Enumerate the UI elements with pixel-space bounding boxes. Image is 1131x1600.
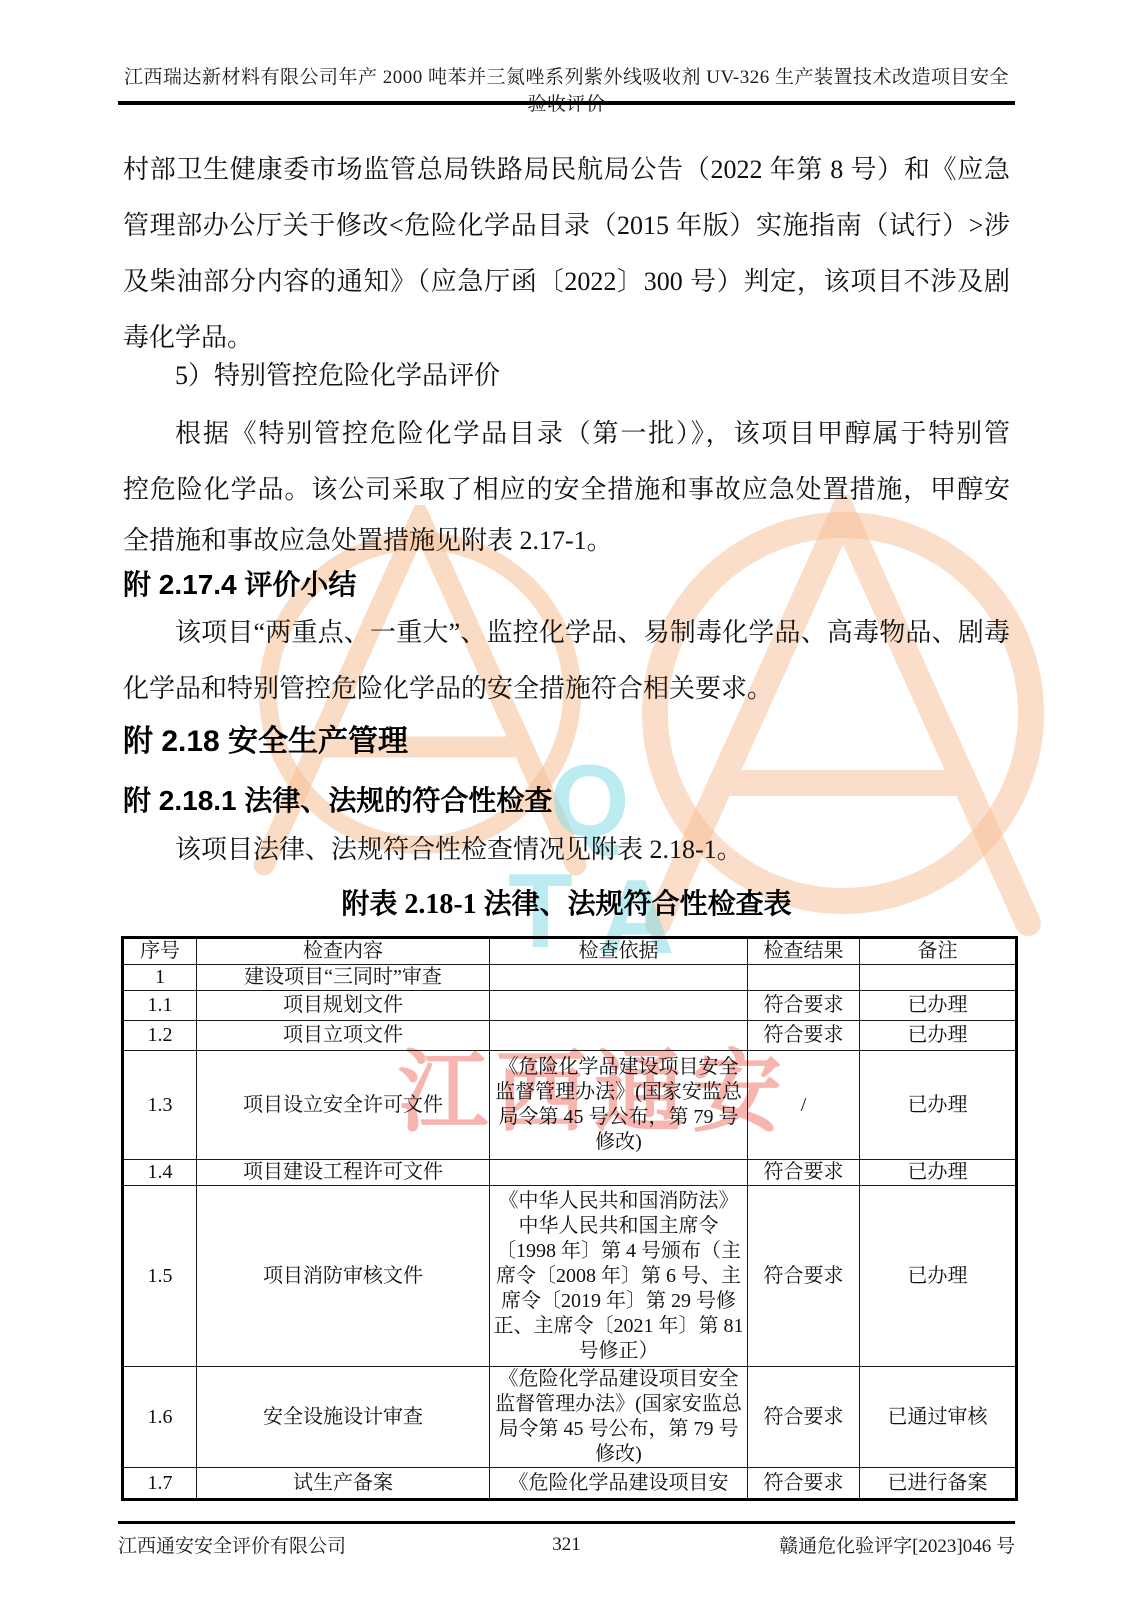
cell-content: 项目建设工程许可文件 — [197, 1160, 490, 1186]
cell-basis: 《中华人民共和国消防法》中华人民共和国主席令〔1998 年〕第 4 号颁布（主席… — [490, 1186, 748, 1367]
paragraph-line: 控危险化学品。该公司采取了相应的安全措施和事故应急处置措施，甲醇安 — [123, 462, 1010, 518]
page-content: 江西瑞达新材料有限公司年产 2000 吨苯并三氮唑系列紫外线吸收剂 UV-326… — [0, 0, 1131, 1600]
cell-basis: 《危险化学品建设项目安全监督管理办法》(国家安监总局令第 45 号公布，第 79… — [490, 1051, 748, 1160]
cell-result: 符合要求 — [748, 1160, 860, 1186]
cell-result: 符合要求 — [748, 1021, 860, 1051]
table-row: 1.7 试生产备案 《危险化学品建设项目安 符合要求 已进行备案 — [123, 1468, 1017, 1500]
header-rule — [118, 101, 1015, 105]
table-row: 1.3 项目设立安全许可文件 《危险化学品建设项目安全监督管理办法》(国家安监总… — [123, 1051, 1017, 1160]
cell-seq: 1.3 — [123, 1051, 197, 1160]
cell-result — [748, 965, 860, 991]
cell-basis — [490, 1160, 748, 1186]
cell-basis: 《危险化学品建设项目安全监督管理办法》(国家安监总局令第 45 号公布，第 79… — [490, 1367, 748, 1468]
paragraph-line: 村部卫生健康委市场监管总局铁路局民航局公告（2022 年第 8 号）和《应急 — [123, 142, 1010, 198]
cell-note: 已办理 — [860, 1186, 1017, 1367]
cell-result: 符合要求 — [748, 1367, 860, 1468]
cell-basis — [490, 991, 748, 1021]
footer-doc-number: 赣通危化验评字[2023]046 号 — [779, 1531, 1015, 1558]
cell-content: 项目设立安全许可文件 — [197, 1051, 490, 1160]
table-row: 1 建设项目“三同时”审查 — [123, 965, 1017, 991]
cell-note: 已进行备案 — [860, 1468, 1017, 1500]
table-row: 1.6 安全设施设计审查 《危险化学品建设项目安全监督管理办法》(国家安监总局令… — [123, 1367, 1017, 1468]
paragraph-line: 化学品和特别管控危险化学品的安全措施符合相关要求。 — [123, 661, 1010, 717]
table-row: 1.2 项目立项文件 符合要求 已办理 — [123, 1021, 1017, 1051]
table-row: 1.4 项目建设工程许可文件 符合要求 已办理 — [123, 1160, 1017, 1186]
cell-note: 已办理 — [860, 1160, 1017, 1186]
col-header-basis: 检查依据 — [490, 938, 748, 965]
paragraph-line: 及柴油部分内容的通知》（应急厅函〔2022〕300 号）判定，该项目不涉及剧 — [123, 254, 1010, 310]
cell-result: 符合要求 — [748, 1186, 860, 1367]
cell-content: 项目规划文件 — [197, 991, 490, 1021]
cell-seq: 1 — [123, 965, 197, 991]
col-header-result: 检查结果 — [748, 938, 860, 965]
paragraph-line: 5）特别管控危险化学品评价 — [123, 348, 1010, 404]
cell-seq: 1.5 — [123, 1186, 197, 1367]
cell-note: 已办理 — [860, 1051, 1017, 1160]
paragraph-line: 该项目“两重点、一重大”、监控化学品、易制毒化学品、高毒物品、剧毒 — [123, 605, 1010, 661]
cell-content: 安全设施设计审查 — [197, 1367, 490, 1468]
col-header-note: 备注 — [860, 938, 1017, 965]
cell-note: 已办理 — [860, 1021, 1017, 1051]
cell-result: 符合要求 — [748, 1468, 860, 1500]
paragraph-line: 根据《特别管控危险化学品目录（第一批）》，该项目甲醇属于特别管 — [123, 406, 1010, 462]
paragraph-line: 该项目法律、法规符合性检查情况见附表 2.18-1。 — [123, 822, 1010, 878]
table-header-row: 序号 检查内容 检查依据 检查结果 备注 — [123, 938, 1017, 965]
table-row: 1.5 项目消防审核文件 《中华人民共和国消防法》中华人民共和国主席令〔1998… — [123, 1186, 1017, 1367]
cell-basis — [490, 965, 748, 991]
cell-note — [860, 965, 1017, 991]
cell-seq: 1.7 — [123, 1468, 197, 1500]
cell-content: 试生产备案 — [197, 1468, 490, 1500]
section-heading-2-18: 附 2.18 安全生产管理 — [123, 714, 1010, 770]
footer-company: 江西通安安全评价有限公司 — [118, 1531, 346, 1558]
cell-note: 已办理 — [860, 991, 1017, 1021]
document-page: Q T A 江西通安 江西瑞达新材料有限公司年产 2000 吨苯并三氮唑系列紫外… — [0, 0, 1131, 1600]
col-header-seq: 序号 — [123, 938, 197, 965]
cell-result: / — [748, 1051, 860, 1160]
cell-basis — [490, 1021, 748, 1051]
page-footer: 321 江西通安安全评价有限公司 赣通危化验评字[2023]046 号 — [118, 1531, 1015, 1558]
cell-note: 已通过审核 — [860, 1367, 1017, 1468]
table-row: 1.1 项目规划文件 符合要求 已办理 — [123, 991, 1017, 1021]
cell-result: 符合要求 — [748, 991, 860, 1021]
cell-seq: 1.6 — [123, 1367, 197, 1468]
section-heading-2-18-1: 附 2.18.1 法律、法规的符合性检查 — [123, 773, 1010, 829]
cell-content: 项目立项文件 — [197, 1021, 490, 1051]
cell-content: 项目消防审核文件 — [197, 1186, 490, 1367]
paragraph-line: 管理部办公厅关于修改<危险化学品目录（2015 年版）实施指南（试行）>涉 — [123, 198, 1010, 254]
compliance-table: 序号 检查内容 检查依据 检查结果 备注 1 建设项目“三同时”审查 1.1 项… — [121, 936, 1018, 1501]
footer-rule — [118, 1521, 1015, 1524]
cell-content: 建设项目“三同时”审查 — [197, 965, 490, 991]
page-header-title: 江西瑞达新材料有限公司年产 2000 吨苯并三氮唑系列紫外线吸收剂 UV-326… — [118, 62, 1015, 116]
col-header-content: 检查内容 — [197, 938, 490, 965]
cell-seq: 1.4 — [123, 1160, 197, 1186]
table-title: 附表 2.18-1 法律、法规符合性检查表 — [123, 880, 1010, 930]
cell-seq: 1.2 — [123, 1021, 197, 1051]
cell-basis: 《危险化学品建设项目安 — [490, 1468, 748, 1500]
cell-seq: 1.1 — [123, 991, 197, 1021]
